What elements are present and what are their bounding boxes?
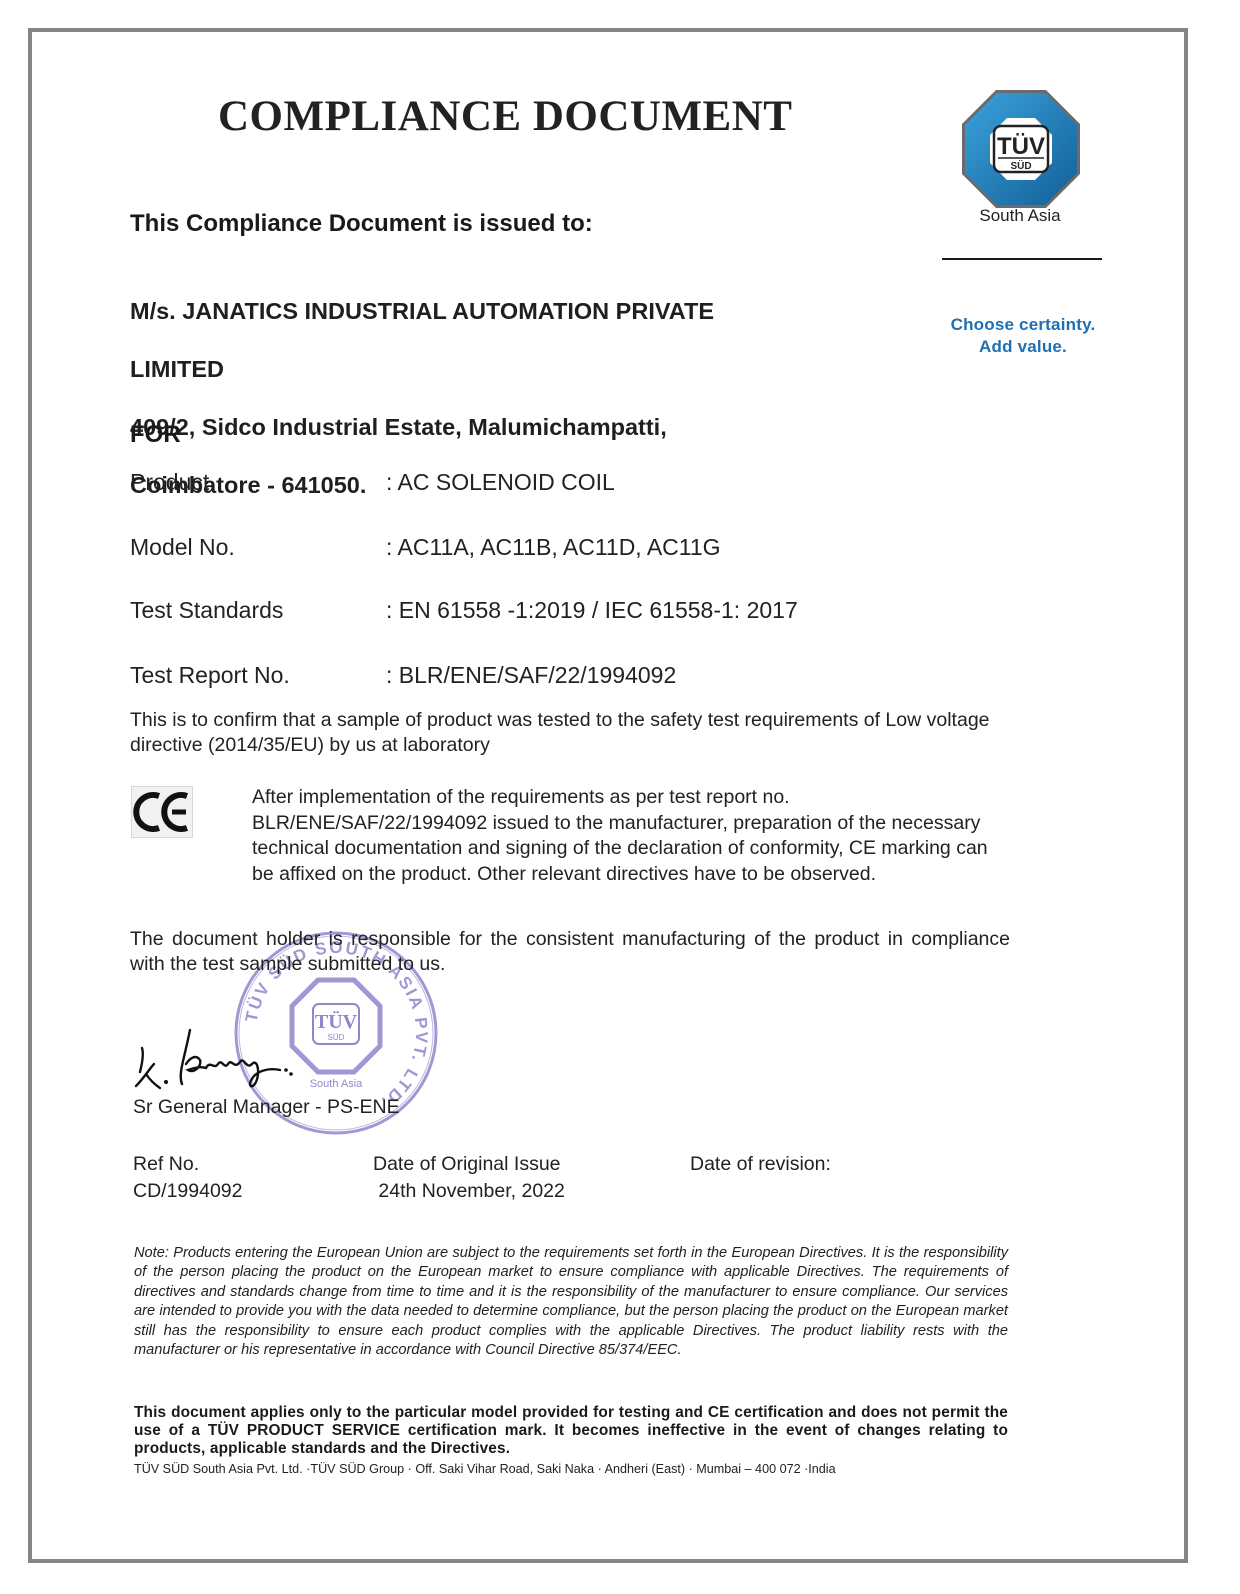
signature-icon (130, 1024, 300, 1100)
recipient-name-line-1: M/s. JANATICS INDUSTRIAL AUTOMATION PRIV… (130, 297, 910, 326)
svg-text:TÜV: TÜV (997, 133, 1045, 160)
confirmation-paragraph: This is to confirm that a sample of prod… (130, 708, 1010, 758)
issue-date-value: 24th November, 2022 (373, 1178, 565, 1205)
company-address-footer: TÜV SÜD South Asia Pvt. Ltd. ·TÜV SÜD Gr… (134, 1462, 1014, 1476)
svg-text:TÜV: TÜV (315, 1010, 358, 1033)
revision-date-label: Date of revision: (690, 1151, 831, 1178)
revision-date: Date of revision: (690, 1151, 831, 1178)
tagline-line-1: Choose certainty. (930, 314, 1116, 336)
original-issue-date: Date of Original Issue 24th November, 20… (373, 1151, 565, 1205)
field-label: Model No. (130, 534, 386, 561)
issued-to-heading: This Compliance Document is issued to: (130, 210, 593, 238)
tagline-line-2: Add value. (930, 336, 1116, 358)
ref-no-label: Ref No. (133, 1151, 243, 1178)
field-label: Test Report No. (130, 662, 386, 689)
field-value: : BLR/ENE/SAF/22/1994092 (386, 662, 676, 688)
recipient-address-line-1: 409/2, Sidco Industrial Estate, Malumich… (130, 413, 910, 442)
holder-responsibility-paragraph: The document holder is responsible for t… (130, 927, 1010, 977)
ref-no: Ref No. CD/1994092 (133, 1151, 243, 1205)
field-label: Product (130, 469, 386, 496)
for-heading: FOR (130, 421, 181, 449)
ce-mark-icon (131, 786, 193, 838)
signatory-title: Sr General Manager - PS-ENE (133, 1096, 400, 1119)
svg-text:SÜD: SÜD (328, 1033, 345, 1042)
field-product: Product: AC SOLENOID COIL (130, 469, 615, 496)
field-value: : EN 61558 -1:2019 / IEC 61558-1: 2017 (386, 597, 798, 623)
tuv-sud-logo-icon: TÜV SÜD (960, 88, 1082, 210)
field-model-no: Model No.: AC11A, AC11B, AC11D, AC11G (130, 534, 721, 561)
svg-text:SÜD: SÜD (1010, 159, 1031, 172)
svg-text:South Asia: South Asia (310, 1078, 363, 1090)
recipient-name-line-2: LIMITED (130, 355, 910, 384)
ce-statement: After implementation of the requirements… (252, 785, 1012, 887)
field-value: : AC11A, AC11B, AC11D, AC11G (386, 534, 721, 560)
logo-divider (942, 258, 1102, 260)
document-title: COMPLIANCE DOCUMENT (218, 92, 792, 141)
applicability-statement: This document applies only to the partic… (134, 1404, 1008, 1458)
logo-region-label: South Asia (940, 206, 1100, 226)
field-label: Test Standards (130, 597, 386, 624)
field-test-standards: Test Standards: EN 61558 -1:2019 / IEC 6… (130, 597, 798, 624)
legal-note: Note: Products entering the European Uni… (134, 1244, 1008, 1360)
field-value: : AC SOLENOID COIL (386, 469, 615, 495)
ref-no-value: CD/1994092 (133, 1178, 243, 1205)
issue-date-label: Date of Original Issue (373, 1151, 565, 1178)
field-test-report-no: Test Report No.: BLR/ENE/SAF/22/1994092 (130, 662, 676, 689)
brand-tagline: Choose certainty. Add value. (930, 314, 1116, 358)
